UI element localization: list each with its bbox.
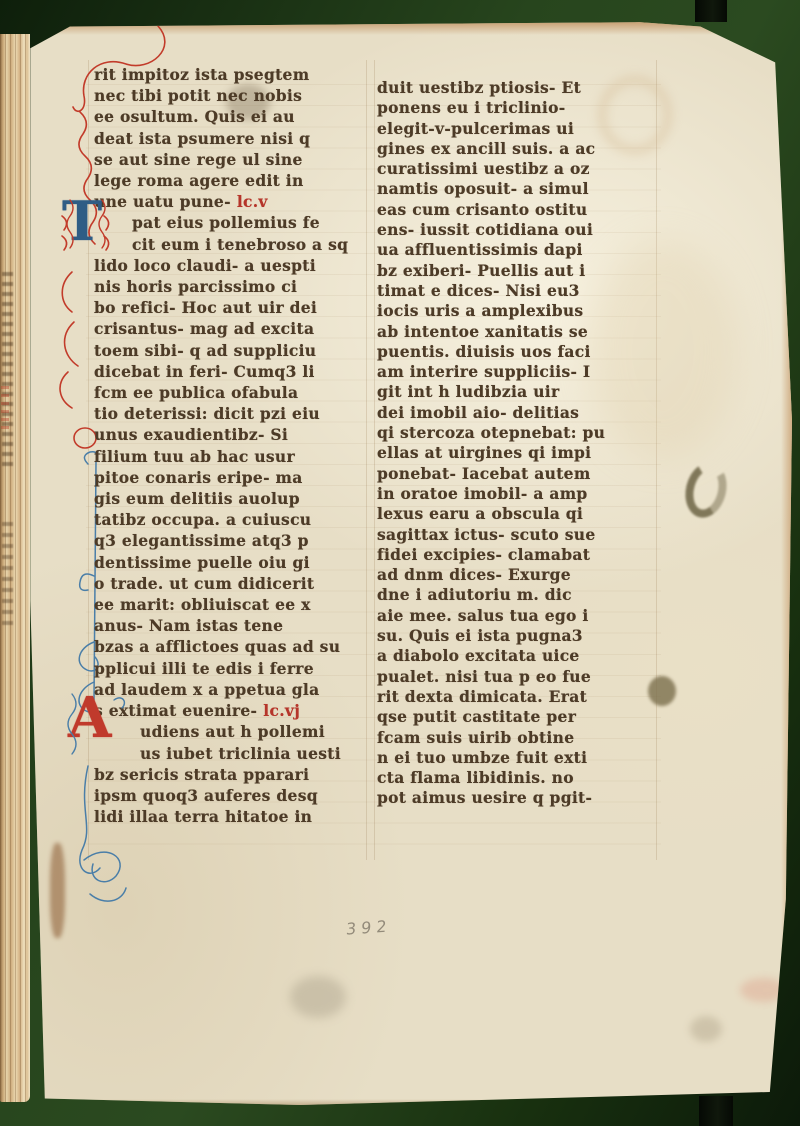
- manuscript-line-text: gines ex ancill suis. a ac: [377, 139, 595, 158]
- manuscript-line-text: pualet. nisi tua p eo fue: [377, 667, 591, 686]
- manuscript-line: elegit-v-pulcerimas ui: [377, 119, 657, 139]
- manuscript-line-text: udiens aut h pollemi: [140, 722, 325, 741]
- ruling-line-vertical: [374, 60, 375, 860]
- manuscript-line-text: qse putit castitate per: [377, 707, 576, 726]
- manuscript-line-text: ab intentoe xanitatis se: [377, 322, 588, 341]
- manuscript-line: am interire suppliciis- I: [377, 362, 657, 382]
- manuscript-line-text: puentis. diuisis uos faci: [377, 342, 591, 361]
- manuscript-line: q3 elegantissime atq3 p: [94, 530, 374, 551]
- manuscript-line: su. Quis ei ista pugna3: [377, 626, 657, 646]
- manuscript-line-text: lexus earu a obscula qi: [377, 504, 583, 523]
- folio-number: 392: [345, 916, 392, 938]
- manuscript-line: filium tuu ab hac usur: [94, 446, 374, 467]
- manuscript-line-text: pot aimus uesire q pgit-: [377, 788, 592, 807]
- manuscript-line-text: dentissime puelle oiu gi: [94, 553, 310, 572]
- manuscript-line: cit eum i tenebroso a sq: [94, 234, 374, 255]
- stain-red-offset: [740, 978, 786, 1002]
- manuscript-line: curatissimi uestibz a oz: [377, 159, 657, 179]
- manuscript-line: lege roma agere edit in: [94, 170, 374, 191]
- manuscript-line-text: nis horis parcissimo ci: [94, 277, 297, 296]
- manuscript-line-text: sagittax ictus- scuto sue: [377, 525, 596, 544]
- manuscript-line-text: filium tuu ab hac usur: [94, 447, 295, 466]
- manuscript-line: ponens eu i triclinio-: [377, 98, 657, 118]
- manuscript-line: udiens aut h pollemi: [94, 721, 374, 742]
- manuscript-line: dne i adiutoriu m. dic: [377, 585, 657, 605]
- manuscript-line-text: cit eum i tenebroso a sq: [132, 235, 348, 254]
- manuscript-line-text: ee osultum. Quis ei au: [94, 107, 295, 126]
- edge-text-showthrough: [2, 272, 13, 472]
- manuscript-line: ens- iussit cotidiana oui: [377, 220, 657, 240]
- manuscript-line-text: nec tibi potit nec nobis: [94, 86, 302, 105]
- manuscript-line: bzas a afflictoes quas ad su: [94, 636, 374, 657]
- manuscript-line: o trade. ut cum didicerit: [94, 573, 374, 594]
- manuscript-line: ua affluentissimis dapi: [377, 240, 657, 260]
- rubric-chapter-mark: lc.v: [231, 192, 268, 211]
- manuscript-line: se aut sine rege ul sine: [94, 149, 374, 170]
- manuscript-line: namtis oposuit- a simul: [377, 179, 657, 199]
- manuscript-line-text: iocis uris a amplexibus: [377, 301, 583, 320]
- stain-spot: [690, 1016, 722, 1042]
- decorated-initial-a: A: [68, 690, 111, 746]
- manuscript-line: ee osultum. Quis ei au: [94, 106, 374, 127]
- manuscript-line-text: ad dnm dices- Exurge: [377, 565, 571, 584]
- manuscript-line: ab intentoe xanitatis se: [377, 322, 657, 342]
- manuscript-line-text: eas cum crisanto ostitu: [377, 200, 587, 219]
- edge-red-showthrough: [1, 386, 9, 432]
- manuscript-line-text: lidi illaa terra hitatoe in: [94, 807, 312, 826]
- manuscript-line: eas cum crisanto ostitu: [377, 200, 657, 220]
- manuscript-line-text: anus- Nam istas tene: [94, 616, 283, 635]
- manuscript-line-text: curatissimi uestibz a oz: [377, 159, 590, 178]
- manuscript-line-text: rit dexta dimicata. Erat: [377, 687, 587, 706]
- manuscript-line: ponebat- Iacebat autem: [377, 464, 657, 484]
- page-bottom-edge: [28, 1099, 792, 1105]
- manuscript-line: fidei excipies- clamabat: [377, 545, 657, 565]
- edge-text-showthrough: [2, 522, 13, 632]
- manuscript-line-text: dne i adiutoriu m. dic: [377, 585, 572, 604]
- manuscript-line-text: us iubet triclinia uesti: [140, 744, 341, 763]
- manuscript-line: bo refici- Hoc aut uir dei: [94, 297, 374, 318]
- manuscript-line: bz sericis strata pparari: [94, 764, 374, 785]
- manuscript-line: toem sibi- q ad suppliciu: [94, 340, 374, 361]
- text-column-right: duit uestibz ptiosis- Etponens eu i tric…: [377, 78, 657, 809]
- page-top-edge: [28, 20, 792, 35]
- manuscript-line-text: ee marit: obliuiscat ee x: [94, 595, 311, 614]
- manuscript-line: qi stercoza otepnebat: pu: [377, 423, 657, 443]
- manuscript-line: fcam suis uirib obtine: [377, 728, 657, 748]
- manuscript-line-text: pitoe conaris eripe- ma: [94, 468, 303, 487]
- text-column-left: rit impitoz ista psegtemnec tibi potit n…: [94, 64, 374, 827]
- manuscript-line: tatibz occupa. a cuiuscu: [94, 509, 374, 530]
- manuscript-line: anus- Nam istas tene: [94, 615, 374, 636]
- manuscript-line-text: unus exaudientibz- Si: [94, 425, 288, 444]
- manuscript-line: nis horis parcissimo ci: [94, 276, 374, 297]
- manuscript-line-text: bo refici- Hoc aut uir dei: [94, 298, 317, 317]
- manuscript-line-text: dei imobil aio- delitias: [377, 403, 579, 422]
- manuscript-line: ee marit: obliuiscat ee x: [94, 594, 374, 615]
- stain-binding-smear: [50, 843, 65, 938]
- manuscript-line: pualet. nisi tua p eo fue: [377, 667, 657, 687]
- manuscript-line: duit uestibz ptiosis- Et: [377, 78, 657, 98]
- manuscript-line: deat ista psumere nisi q: [94, 128, 374, 149]
- rubric-chapter-mark: lc.vj: [257, 701, 300, 720]
- manuscript-line-text: deat ista psumere nisi q: [94, 129, 310, 148]
- manuscript-line-text: pat eius pollemius fe: [132, 213, 320, 232]
- manuscript-line-text: rit impitoz ista psegtem: [94, 65, 309, 84]
- manuscript-line-text: pplicui illi te edis i ferre: [94, 659, 314, 678]
- manuscript-line-text: n ei tuo umbze fuit exti: [377, 748, 587, 767]
- manuscript-line: dentissime puelle oiu gi: [94, 552, 374, 573]
- stain-smudge: [290, 976, 346, 1018]
- manuscript-page: T A rit impitoz ista psegtemnec tibi pot…: [28, 20, 792, 1105]
- manuscript-line: us iubet triclinia uesti: [94, 743, 374, 764]
- manuscript-line-text: dicebat in feri- Cumq3 li: [94, 362, 315, 381]
- manuscript-line: lido loco claudi- a uespti: [94, 255, 374, 276]
- manuscript-line-text: a diabolo excitata uice: [377, 646, 580, 665]
- manuscript-line: gines ex ancill suis. a ac: [377, 139, 657, 159]
- manuscript-line-text: cta flama libidinis. no: [377, 768, 574, 787]
- manuscript-line-text: se aut sine rege ul sine: [94, 150, 303, 169]
- manuscript-line: pot aimus uesire q pgit-: [377, 788, 657, 808]
- manuscript-line-text: qi stercoza otepnebat: pu: [377, 423, 605, 442]
- manuscript-line-text: une uatu pune-: [94, 192, 231, 211]
- manuscript-line: puentis. diuisis uos faci: [377, 342, 657, 362]
- manuscript-line: ipsm quoq3 auferes desq: [94, 785, 374, 806]
- manuscript-line: lidi illaa terra hitatoe in: [94, 806, 374, 827]
- manuscript-line-text: git int h ludibzia uir: [377, 382, 559, 401]
- initial-t-flourish: [62, 194, 112, 254]
- manuscript-line: fcm ee publica ofabula: [94, 382, 374, 403]
- manuscript-line: crisantus- mag ad excita: [94, 318, 374, 339]
- manuscript-line: pitoe conaris eripe- ma: [94, 467, 374, 488]
- manuscript-line: rit dexta dimicata. Erat: [377, 687, 657, 707]
- manuscript-line-text: duit uestibz ptiosis- Et: [377, 78, 581, 97]
- manuscript-line: ad dnm dices- Exurge: [377, 565, 657, 585]
- manuscript-line-text: su. Quis ei ista pugna3: [377, 626, 583, 645]
- manuscript-line-text: in oratoe imobil- a amp: [377, 484, 588, 503]
- manuscript-line-text: namtis oposuit- a simul: [377, 179, 589, 198]
- manuscript-line-text: elegit-v-pulcerimas ui: [377, 119, 574, 138]
- book-cradle-strap-bottom: [699, 1096, 733, 1126]
- manuscript-line: sagittax ictus- scuto sue: [377, 525, 657, 545]
- manuscript-line-text: fidei excipies- clamabat: [377, 545, 590, 564]
- manuscript-line-text: fcm ee publica ofabula: [94, 383, 298, 402]
- manuscript-photo-scene: T A rit impitoz ista psegtemnec tibi pot…: [0, 0, 800, 1126]
- initial-a-flourish: [68, 690, 122, 762]
- manuscript-line-text: aie mee. salus tua ego i: [377, 606, 589, 625]
- manuscript-line-text: o trade. ut cum didicerit: [94, 574, 314, 593]
- manuscript-line-text: ponebat- Iacebat autem: [377, 464, 591, 483]
- manuscript-line: dicebat in feri- Cumq3 li: [94, 361, 374, 382]
- manuscript-line-text: ad laudem x a ppetua gla: [94, 680, 319, 699]
- manuscript-line-text: lido loco claudi- a uespti: [94, 256, 316, 275]
- manuscript-line: une uatu pune-lc.v: [94, 191, 374, 212]
- manuscript-line-text: timat e dices- Nisi eu3: [377, 281, 580, 300]
- manuscript-line: ad laudem x a ppetua gla: [94, 679, 374, 700]
- manuscript-line: in oratoe imobil- a amp: [377, 484, 657, 504]
- book-page-edges: [0, 34, 30, 1102]
- manuscript-line-text: q3 elegantissime atq3 p: [94, 531, 309, 550]
- manuscript-line-text: crisantus- mag ad excita: [94, 319, 314, 338]
- manuscript-line: n ei tuo umbze fuit exti: [377, 748, 657, 768]
- manuscript-line: qse putit castitate per: [377, 707, 657, 727]
- manuscript-line: cta flama libidinis. no: [377, 768, 657, 788]
- manuscript-line: nec tibi potit nec nobis: [94, 85, 374, 106]
- manuscript-line: bz exiberi- Puellis aut i: [377, 261, 657, 281]
- manuscript-line-text: lege roma agere edit in: [94, 171, 304, 190]
- manuscript-line: tio deterissi: dicit pzi eiu: [94, 403, 374, 424]
- manuscript-line-text: tio deterissi: dicit pzi eiu: [94, 404, 320, 423]
- decorated-initial-t: T: [62, 194, 102, 248]
- manuscript-line: aie mee. salus tua ego i: [377, 606, 657, 626]
- book-cradle-strap-top: [695, 0, 727, 22]
- manuscript-line-text: fcam suis uirib obtine: [377, 728, 574, 747]
- manuscript-line-text: bz sericis strata pparari: [94, 765, 309, 784]
- manuscript-line: dei imobil aio- delitias: [377, 403, 657, 423]
- manuscript-line-text: bz exiberi- Puellis aut i: [377, 261, 585, 280]
- manuscript-line: timat e dices- Nisi eu3: [377, 281, 657, 301]
- manuscript-line: rit impitoz ista psegtem: [94, 64, 374, 85]
- manuscript-line-text: ellas at uirgines qi impi: [377, 443, 591, 462]
- manuscript-line-text: am interire suppliciis- I: [377, 362, 590, 381]
- manuscript-line: ellas at uirgines qi impi: [377, 443, 657, 463]
- manuscript-line: lexus earu a obscula qi: [377, 504, 657, 524]
- manuscript-line-text: ponens eu i triclinio-: [377, 98, 565, 117]
- manuscript-line: unus exaudientibz- Si: [94, 424, 374, 445]
- manuscript-line-text: tatibz occupa. a cuiuscu: [94, 510, 311, 529]
- manuscript-line-text: bzas a afflictoes quas ad su: [94, 637, 340, 656]
- manuscript-line: a diabolo excitata uice: [377, 646, 657, 666]
- stain-horseshoe: [680, 458, 732, 522]
- manuscript-line-text: ens- iussit cotidiana oui: [377, 220, 593, 239]
- manuscript-line: pat eius pollemius fe: [94, 212, 374, 233]
- manuscript-line-text: toem sibi- q ad suppliciu: [94, 341, 316, 360]
- manuscript-line: pplicui illi te edis i ferre: [94, 658, 374, 679]
- manuscript-line: gis eum delitiis auolup: [94, 488, 374, 509]
- manuscript-line: s extimat euenire-lc.vj: [94, 700, 374, 721]
- page-right-edge: [781, 20, 792, 1105]
- manuscript-line: iocis uris a amplexibus: [377, 301, 657, 321]
- manuscript-line: git int h ludibzia uir: [377, 382, 657, 402]
- manuscript-line-text: gis eum delitiis auolup: [94, 489, 300, 508]
- manuscript-line-text: ua affluentissimis dapi: [377, 240, 583, 259]
- manuscript-line-text: ipsm quoq3 auferes desq: [94, 786, 318, 805]
